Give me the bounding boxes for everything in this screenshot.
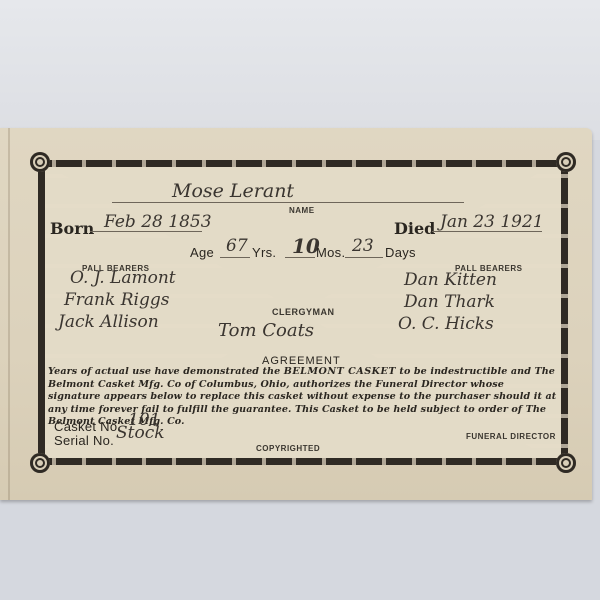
age-years-line [220, 257, 250, 258]
agreement-text-part-1: Years of actual use have demonstrated th… [48, 366, 284, 377]
pall-bearer-left-2: Frank Riggs [64, 290, 169, 310]
clergyman-value: Tom Coats [218, 320, 314, 341]
died-value: Jan 23 1921 [440, 212, 544, 232]
age-days: 23 [352, 236, 374, 256]
funeral-director-label: FUNERAL DIRECTOR [466, 432, 556, 441]
born-value: Feb 28 1853 [104, 212, 212, 232]
years-label: Yrs. [252, 245, 276, 260]
days-label: Days [385, 245, 416, 260]
casket-no-label: Casket No. [54, 419, 121, 434]
name-value: Mose Lerant [172, 180, 294, 202]
name-line [112, 202, 464, 203]
died-line [432, 231, 542, 232]
card-fold [8, 128, 10, 500]
corner-ornament-icon [30, 152, 50, 172]
pall-bearer-left-3: Jack Allison [58, 312, 159, 332]
agreement-text: Years of actual use have demonstrated th… [48, 366, 558, 429]
pall-bearer-left-1: O. J. Lamont [70, 268, 176, 288]
died-label: Died [394, 219, 435, 238]
born-line [90, 231, 202, 232]
age-label: Age [190, 245, 214, 260]
age-months-line [285, 257, 315, 258]
background-wall [0, 0, 600, 140]
serial-no-value: Stock [116, 423, 165, 443]
months-label: Mos. [316, 245, 345, 260]
pall-bearer-right-3: O. C. Hicks [398, 314, 494, 334]
age-days-line [345, 257, 383, 258]
copyright-label: COPYRIGHTED [256, 444, 320, 453]
pall-bearer-right-2: Dan Thark [404, 292, 495, 312]
corner-ornament-icon [556, 453, 576, 473]
corner-ornament-icon [30, 453, 50, 473]
agreement-brand: BELMONT CASKET [284, 366, 396, 377]
serial-no-label: Serial No. [54, 433, 114, 448]
name-label: NAME [289, 206, 315, 215]
corner-ornament-icon [556, 152, 576, 172]
clergyman-label: CLERGYMAN [272, 307, 335, 317]
pall-bearer-right-1: Dan Kitten [404, 270, 497, 290]
born-label: Born [50, 219, 94, 238]
age-years: 67 [226, 236, 248, 256]
